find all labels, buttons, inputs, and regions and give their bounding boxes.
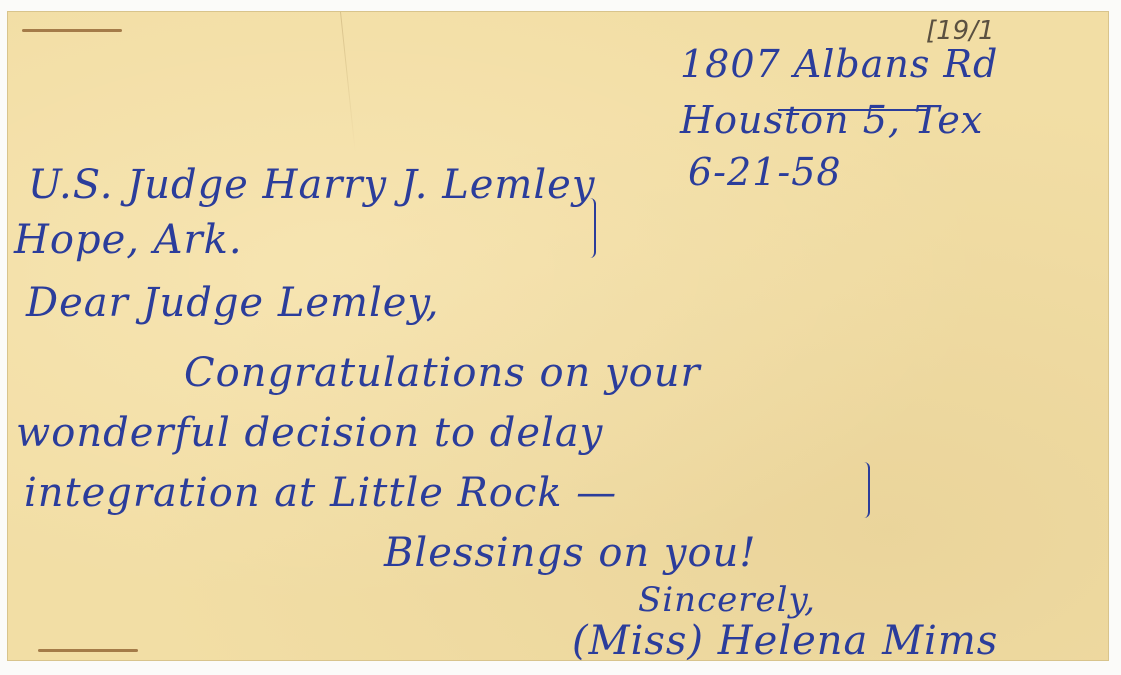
fold-crease	[340, 12, 356, 151]
postcard: [19/1 1807 Albans Rd Houston 5, Tex 6-21…	[8, 12, 1108, 660]
staple-mark-top	[22, 29, 122, 32]
body-line-1: Congratulations on your	[184, 350, 701, 396]
recipient-location: Hope, Ark.	[14, 217, 243, 263]
return-city: Houston 5, Tex	[680, 98, 983, 142]
body-line-3: integration at Little Rock —	[24, 470, 617, 516]
signature: (Miss) Helena Mims	[572, 618, 998, 664]
letter-date: 6-21-58	[688, 150, 842, 194]
recipient-name: U.S. Judge Harry J. Lemley	[28, 162, 595, 208]
valediction: Sincerely,	[638, 580, 816, 620]
return-street: 1807 Albans Rd	[680, 42, 998, 86]
closing-wish: Blessings on you!	[384, 530, 756, 576]
body-bracket	[854, 462, 870, 518]
address-underline	[778, 109, 928, 111]
address-bracket	[578, 198, 596, 258]
salutation: Dear Judge Lemley,	[26, 280, 439, 326]
body-line-2: wonderful decision to delay	[16, 410, 603, 456]
staple-mark-bottom	[38, 649, 138, 652]
